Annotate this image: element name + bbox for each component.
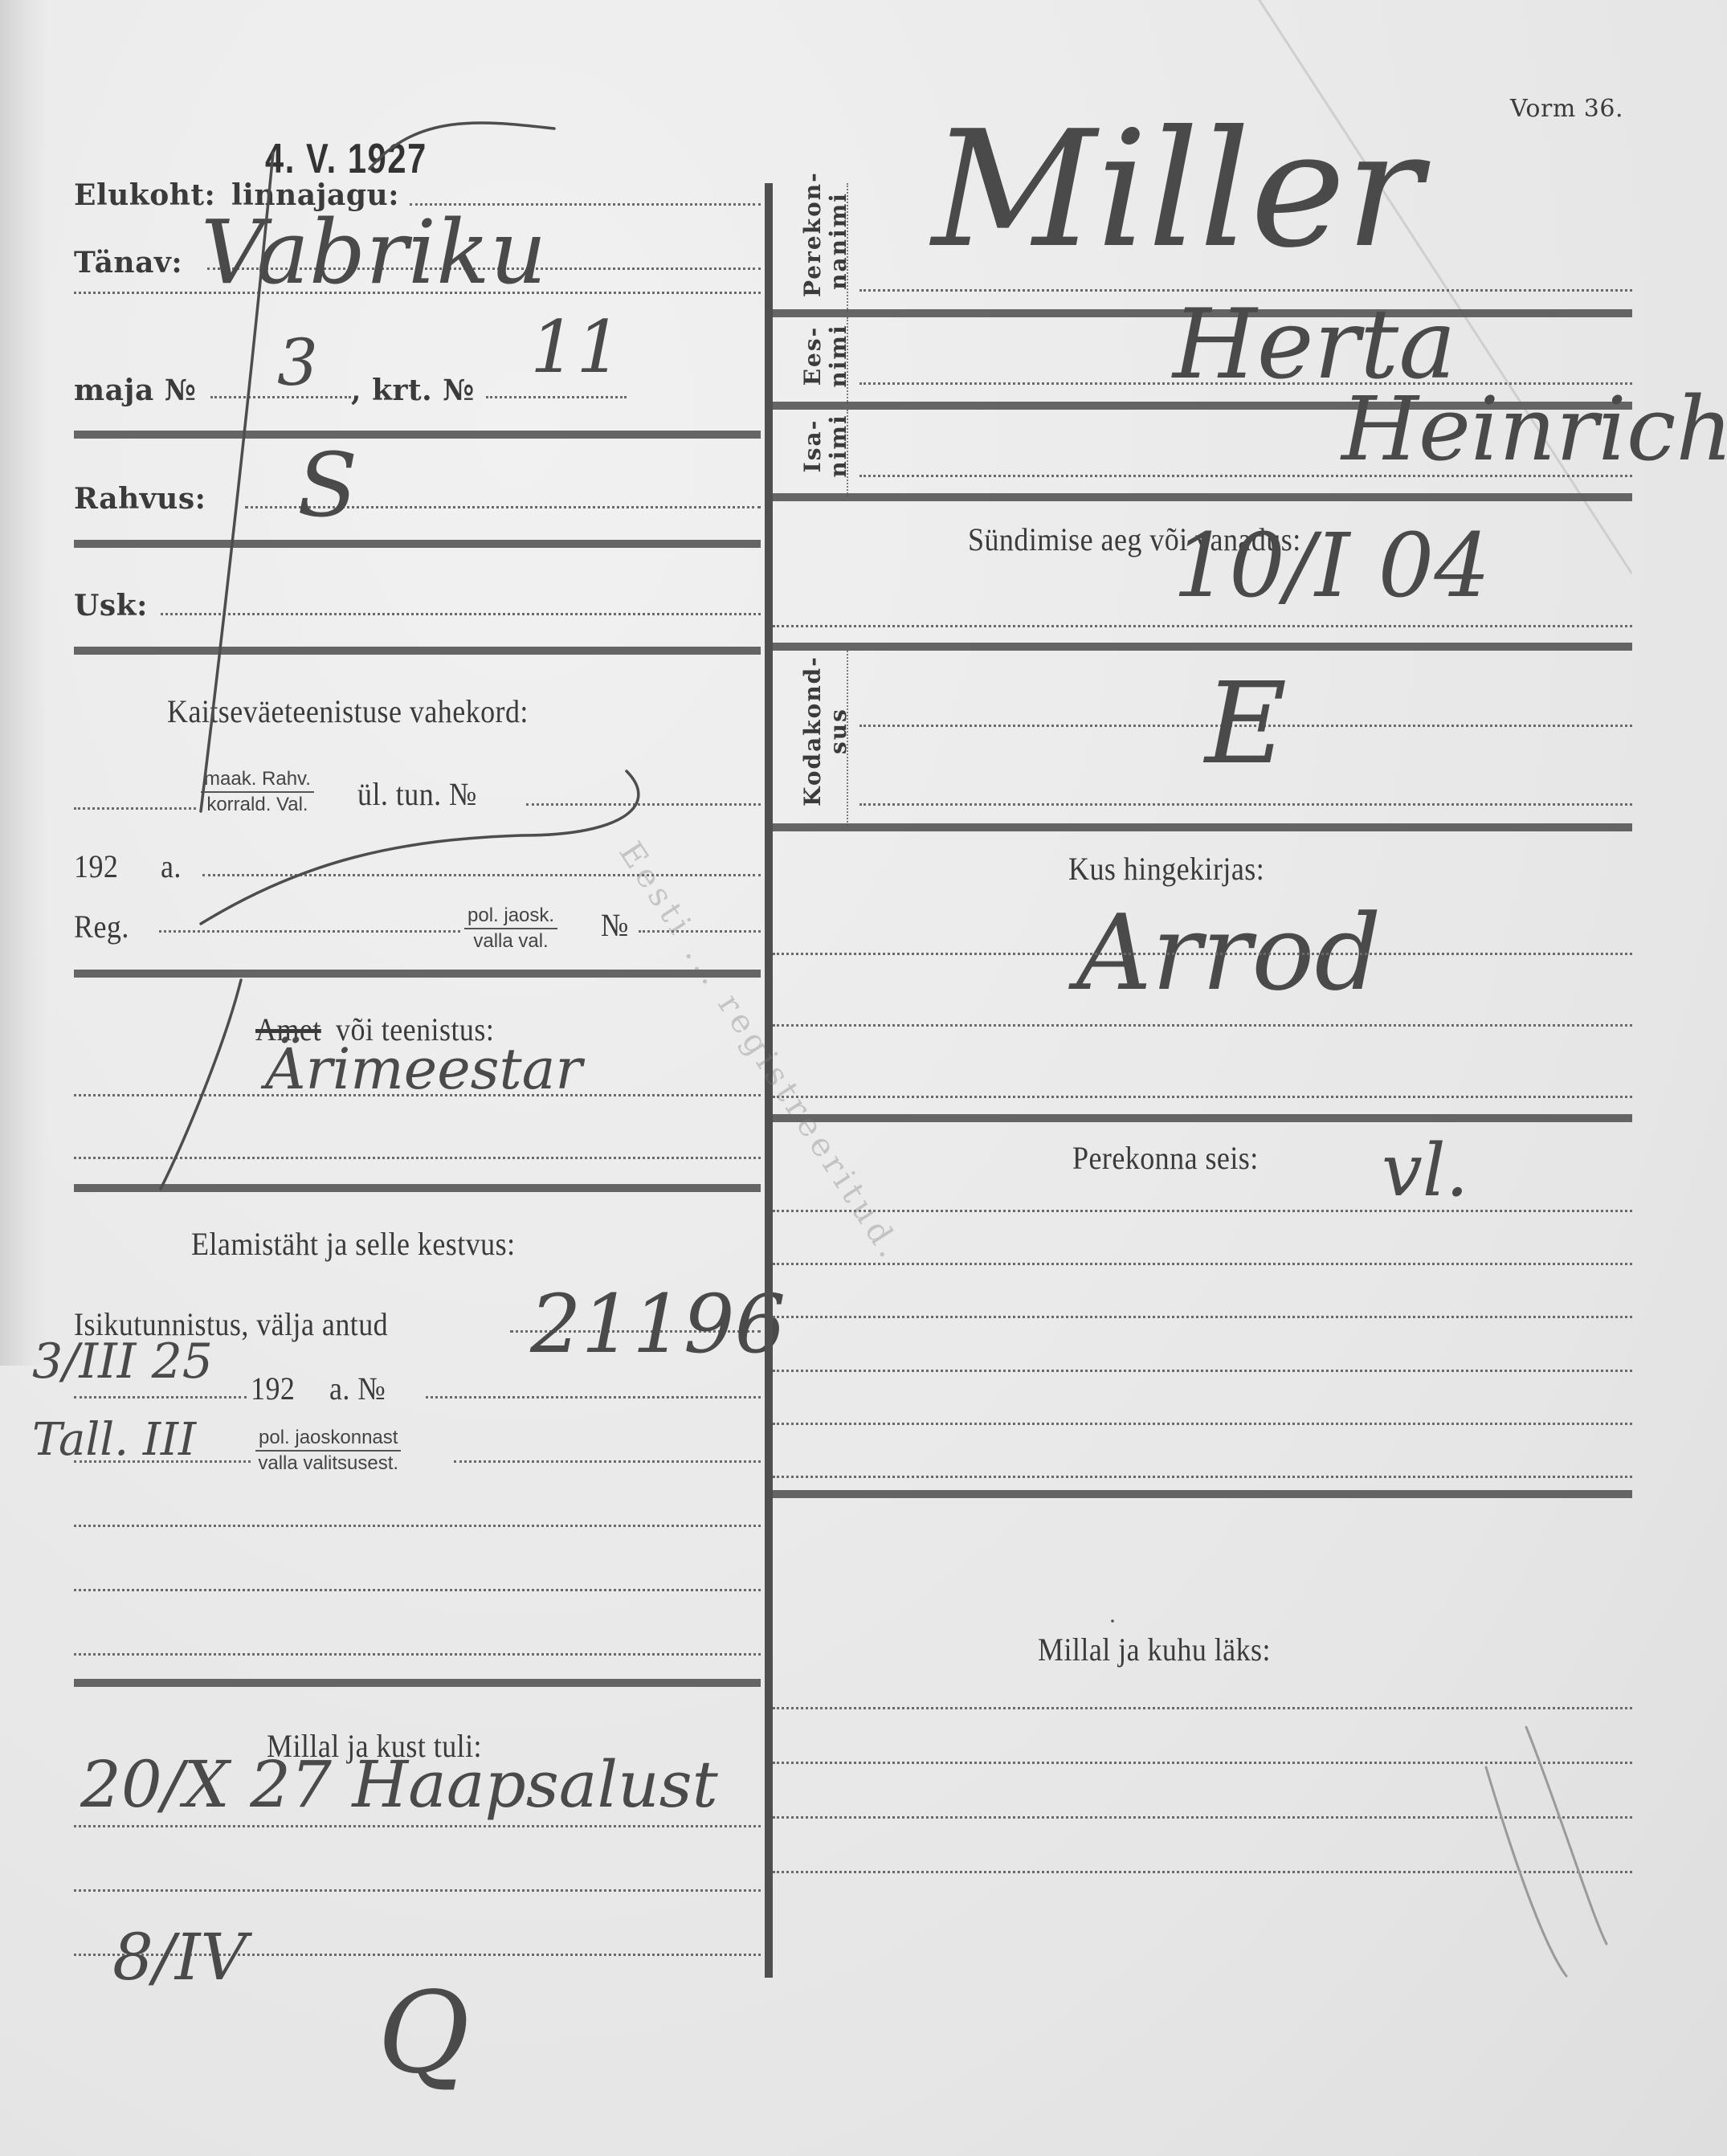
stamp-underline-curve bbox=[369, 123, 554, 169]
military-curve bbox=[201, 771, 639, 924]
pen-slash-occupation bbox=[161, 980, 241, 1189]
pencil-mark-bottom-right bbox=[1486, 1727, 1607, 1976]
handwriting-strokes bbox=[0, 0, 1727, 2156]
pen-slash-left bbox=[201, 153, 273, 811]
